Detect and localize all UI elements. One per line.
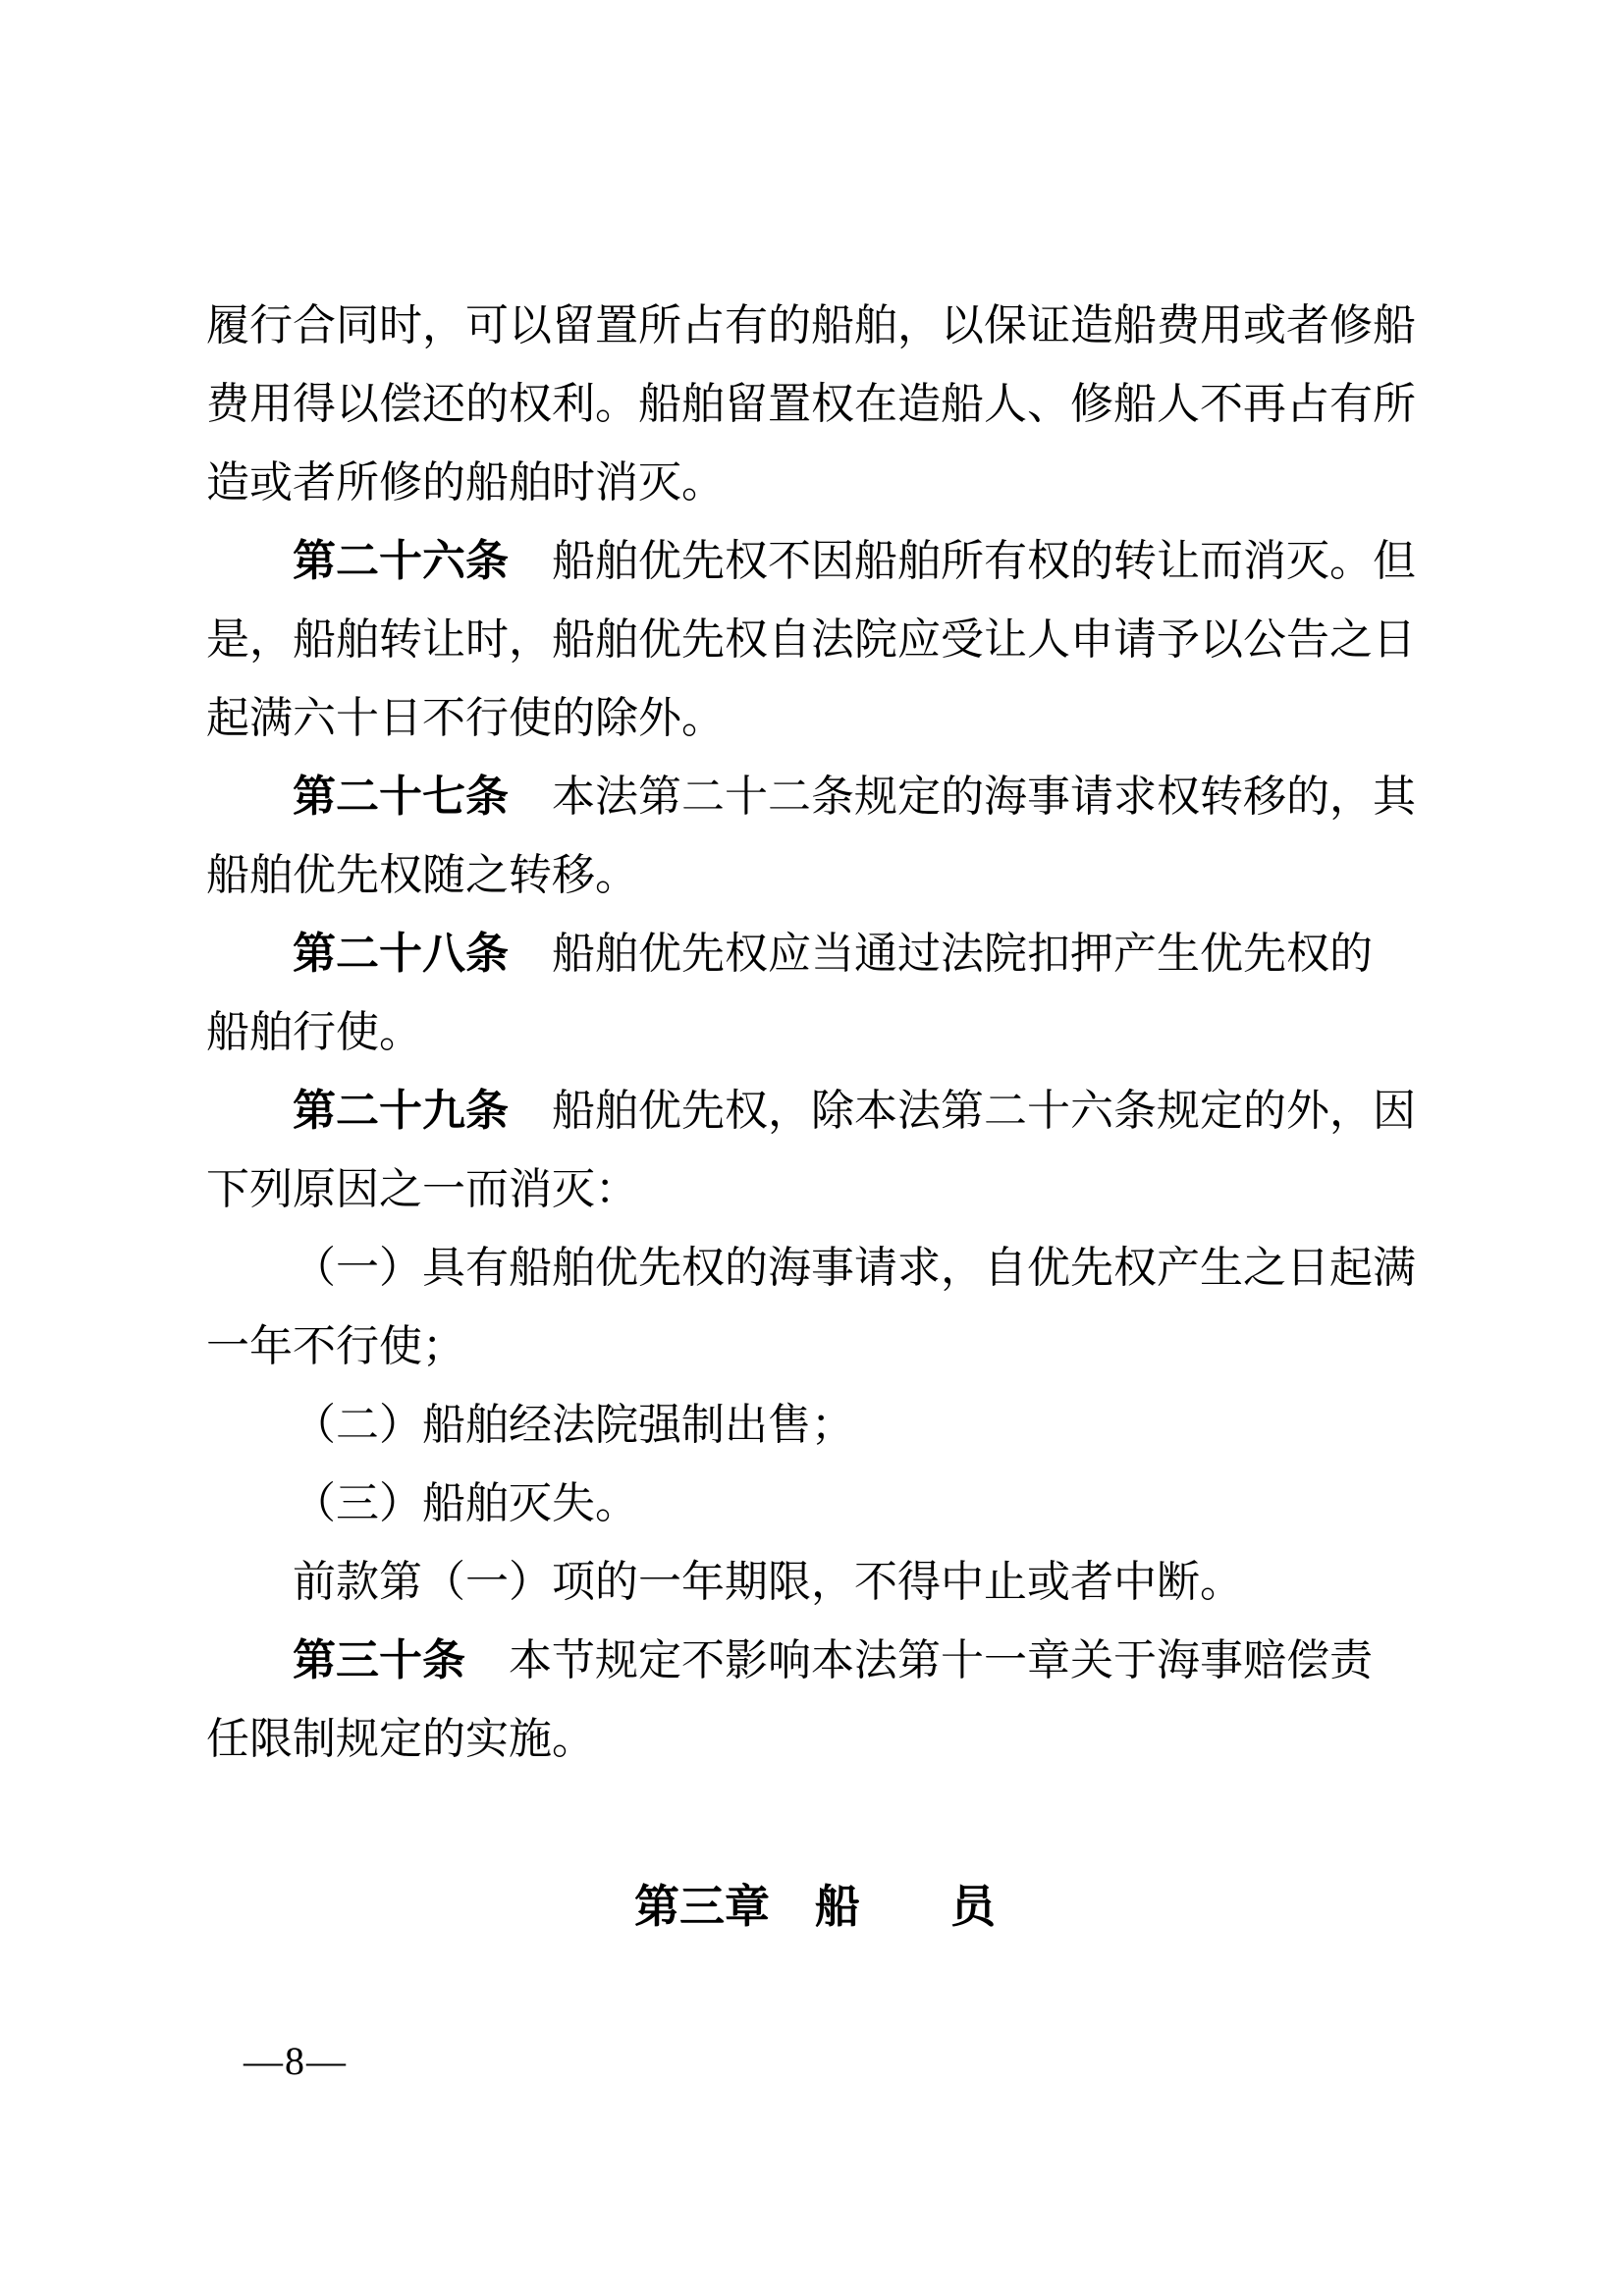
text-line: 前款第（一）项的一年期限，不得中止或者中断。 bbox=[206, 1543, 1424, 1622]
text-line: 船舶行使。 bbox=[206, 993, 1424, 1072]
text-line: （一）具有船舶优先权的海事请求，自优先权产生之日起满 bbox=[206, 1229, 1424, 1308]
article-number: 第二十六条 bbox=[293, 537, 509, 585]
line-text: 造或者所修的船舶时消灭。 bbox=[206, 458, 725, 507]
article-number: 第二十九条 bbox=[293, 1087, 509, 1135]
line-text: 前款第（一）项的一年期限，不得中止或者中断。 bbox=[293, 1558, 1243, 1606]
text-line: 任限制规定的实施。 bbox=[206, 1700, 1424, 1779]
text-line: 第三十条 本节规定不影响本法第十一章关于海事赔偿责 bbox=[206, 1622, 1424, 1700]
document-body: 履行合同时，可以留置所占有的船舶，以保证造船费用或者修船 费用得以偿还的权利。船… bbox=[206, 287, 1424, 1946]
text-line: 第二十八条 船舶优先权应当通过法院扣押产生优先权的 bbox=[206, 915, 1424, 993]
page-number: —8— bbox=[244, 2040, 348, 2083]
line-text: 船舶行使。 bbox=[206, 1008, 422, 1056]
text-line: 费用得以偿还的权利。船舶留置权在造船人、修船人不再占有所 bbox=[206, 365, 1424, 444]
line-text: 履行合同时，可以留置所占有的船舶，以保证造船费用或者修船 bbox=[206, 301, 1416, 349]
line-text: 船舶优先权不因船舶所有权的转让而消灭。但 bbox=[509, 537, 1416, 585]
text-line: 第二十七条 本法第二十二条规定的海事请求权转移的，其 bbox=[206, 758, 1424, 836]
text-line: 下列原因之一而消灭： bbox=[206, 1150, 1424, 1229]
line-text: 是，船舶转让时，船舶优先权自法院应受让人申请予以公告之日 bbox=[206, 615, 1416, 664]
line-text: 费用得以偿还的权利。船舶留置权在造船人、修船人不再占有所 bbox=[206, 380, 1416, 428]
line-text: 本法第二十二条规定的海事请求权转移的，其 bbox=[509, 773, 1416, 821]
article-number: 第二十七条 bbox=[293, 773, 509, 821]
document-page: 履行合同时，可以留置所占有的船舶，以保证造船费用或者修船 费用得以偿还的权利。船… bbox=[0, 0, 1624, 2296]
article-number: 第三十条 bbox=[293, 1636, 465, 1684]
text-line: 造或者所修的船舶时消灭。 bbox=[206, 444, 1424, 522]
line-text: 船舶优先权随之转移。 bbox=[206, 851, 638, 899]
blank-line bbox=[206, 1779, 1424, 1867]
text-line: 起满六十日不行使的除外。 bbox=[206, 679, 1424, 758]
line-text: 一年不行使； bbox=[206, 1322, 465, 1370]
line-text: 起满六十日不行使的除外。 bbox=[206, 694, 725, 742]
chapter-heading: 第三章 船 员 bbox=[206, 1867, 1424, 1946]
text-line: （二）船舶经法院强制出售； bbox=[206, 1386, 1424, 1465]
line-text: 任限制规定的实施。 bbox=[206, 1715, 595, 1763]
text-line: 船舶优先权随之转移。 bbox=[206, 836, 1424, 915]
line-text: （三）船舶灭失。 bbox=[293, 1479, 638, 1527]
line-text: （二）船舶经法院强制出售； bbox=[293, 1401, 854, 1449]
text-line: 是，船舶转让时，船舶优先权自法院应受让人申请予以公告之日 bbox=[206, 601, 1424, 679]
text-line: 一年不行使； bbox=[206, 1308, 1424, 1386]
line-text: 本节规定不影响本法第十一章关于海事赔偿责 bbox=[465, 1636, 1373, 1684]
article-number: 第二十八条 bbox=[293, 930, 509, 978]
text-line: 履行合同时，可以留置所占有的船舶，以保证造船费用或者修船 bbox=[206, 287, 1424, 365]
line-text: （一）具有船舶优先权的海事请求，自优先权产生之日起满 bbox=[293, 1244, 1416, 1292]
text-line: （三）船舶灭失。 bbox=[206, 1465, 1424, 1543]
text-line: 第二十六条 船舶优先权不因船舶所有权的转让而消灭。但 bbox=[206, 522, 1424, 601]
line-text: 下列原因之一而消灭： bbox=[206, 1165, 638, 1213]
line-text: 船舶优先权应当通过法院扣押产生优先权的 bbox=[509, 930, 1373, 978]
line-text: 船舶优先权，除本法第二十六条规定的外，因 bbox=[509, 1087, 1416, 1135]
text-line: 第二十九条 船舶优先权，除本法第二十六条规定的外，因 bbox=[206, 1072, 1424, 1150]
